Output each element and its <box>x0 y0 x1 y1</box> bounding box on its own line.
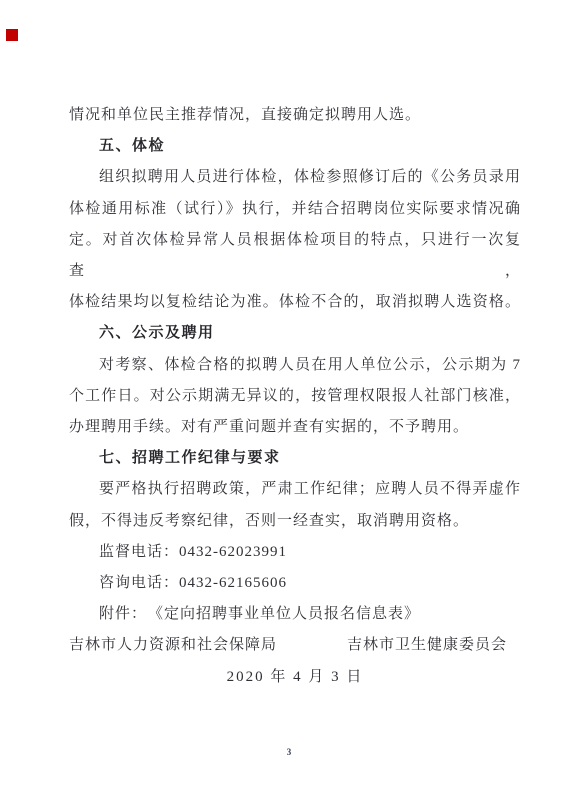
document-date: 2020 年 4 月 3 日 <box>69 662 521 693</box>
body-line: 体检通用标准（试行）》执行，并结合招聘岗位实际要求情况确 <box>69 194 521 225</box>
document-body: 情况和单位民主推荐情况，直接确定拟聘用人选。 五、体检 组织拟聘用人员进行体检，… <box>69 100 521 693</box>
org-name-right: 吉林市卫生健康委员会 <box>347 630 507 661</box>
body-line: 要严格执行招聘政策，严肃工作纪律；应聘人员不得弄虚作 <box>69 474 521 505</box>
page-number: 3 <box>0 747 578 757</box>
red-stamp-mark <box>6 29 18 41</box>
inquiry-phone-line: 咨询电话：0432-62165606 <box>69 568 521 599</box>
issuing-organizations-row: 吉林市人力资源和社会保障局 吉林市卫生健康委员会 <box>69 630 521 661</box>
org-name-left: 吉林市人力资源和社会保障局 <box>69 630 277 661</box>
attachment-line: 附件： 《定向招聘事业单位人员报名信息表》 <box>69 599 521 630</box>
body-line: 定。对首次体检异常人员根据体检项目的特点，只进行一次复查， <box>69 225 521 287</box>
supervision-phone-line: 监督电话：0432-62023991 <box>69 537 521 568</box>
body-line: 组织拟聘用人员进行体检，体检参照修订后的《公务员录用 <box>69 162 521 193</box>
heading-section-6: 六、公示及聘用 <box>69 318 521 349</box>
heading-section-5: 五、体检 <box>69 131 521 162</box>
body-line: 对考察、体检合格的拟聘人员在用人单位公示，公示期为 7 <box>69 350 521 381</box>
body-line: 体检结果均以复检结论为准。体检不合的，取消拟聘人选资格。 <box>69 287 521 318</box>
body-line: 假，不得违反考察纪律，否则一经查实，取消聘用资格。 <box>69 506 521 537</box>
document-page: 情况和单位民主推荐情况，直接确定拟聘用人选。 五、体检 组织拟聘用人员进行体检，… <box>0 0 578 791</box>
body-line-continuation: 情况和单位民主推荐情况，直接确定拟聘用人选。 <box>69 100 521 131</box>
body-line: 个工作日。对公示期满无异议的，按管理权限报人社部门核准， <box>69 381 521 412</box>
heading-section-7: 七、招聘工作纪律与要求 <box>69 443 521 474</box>
body-line: 办理聘用手续。对有严重问题并查有实据的，不予聘用。 <box>69 412 521 443</box>
